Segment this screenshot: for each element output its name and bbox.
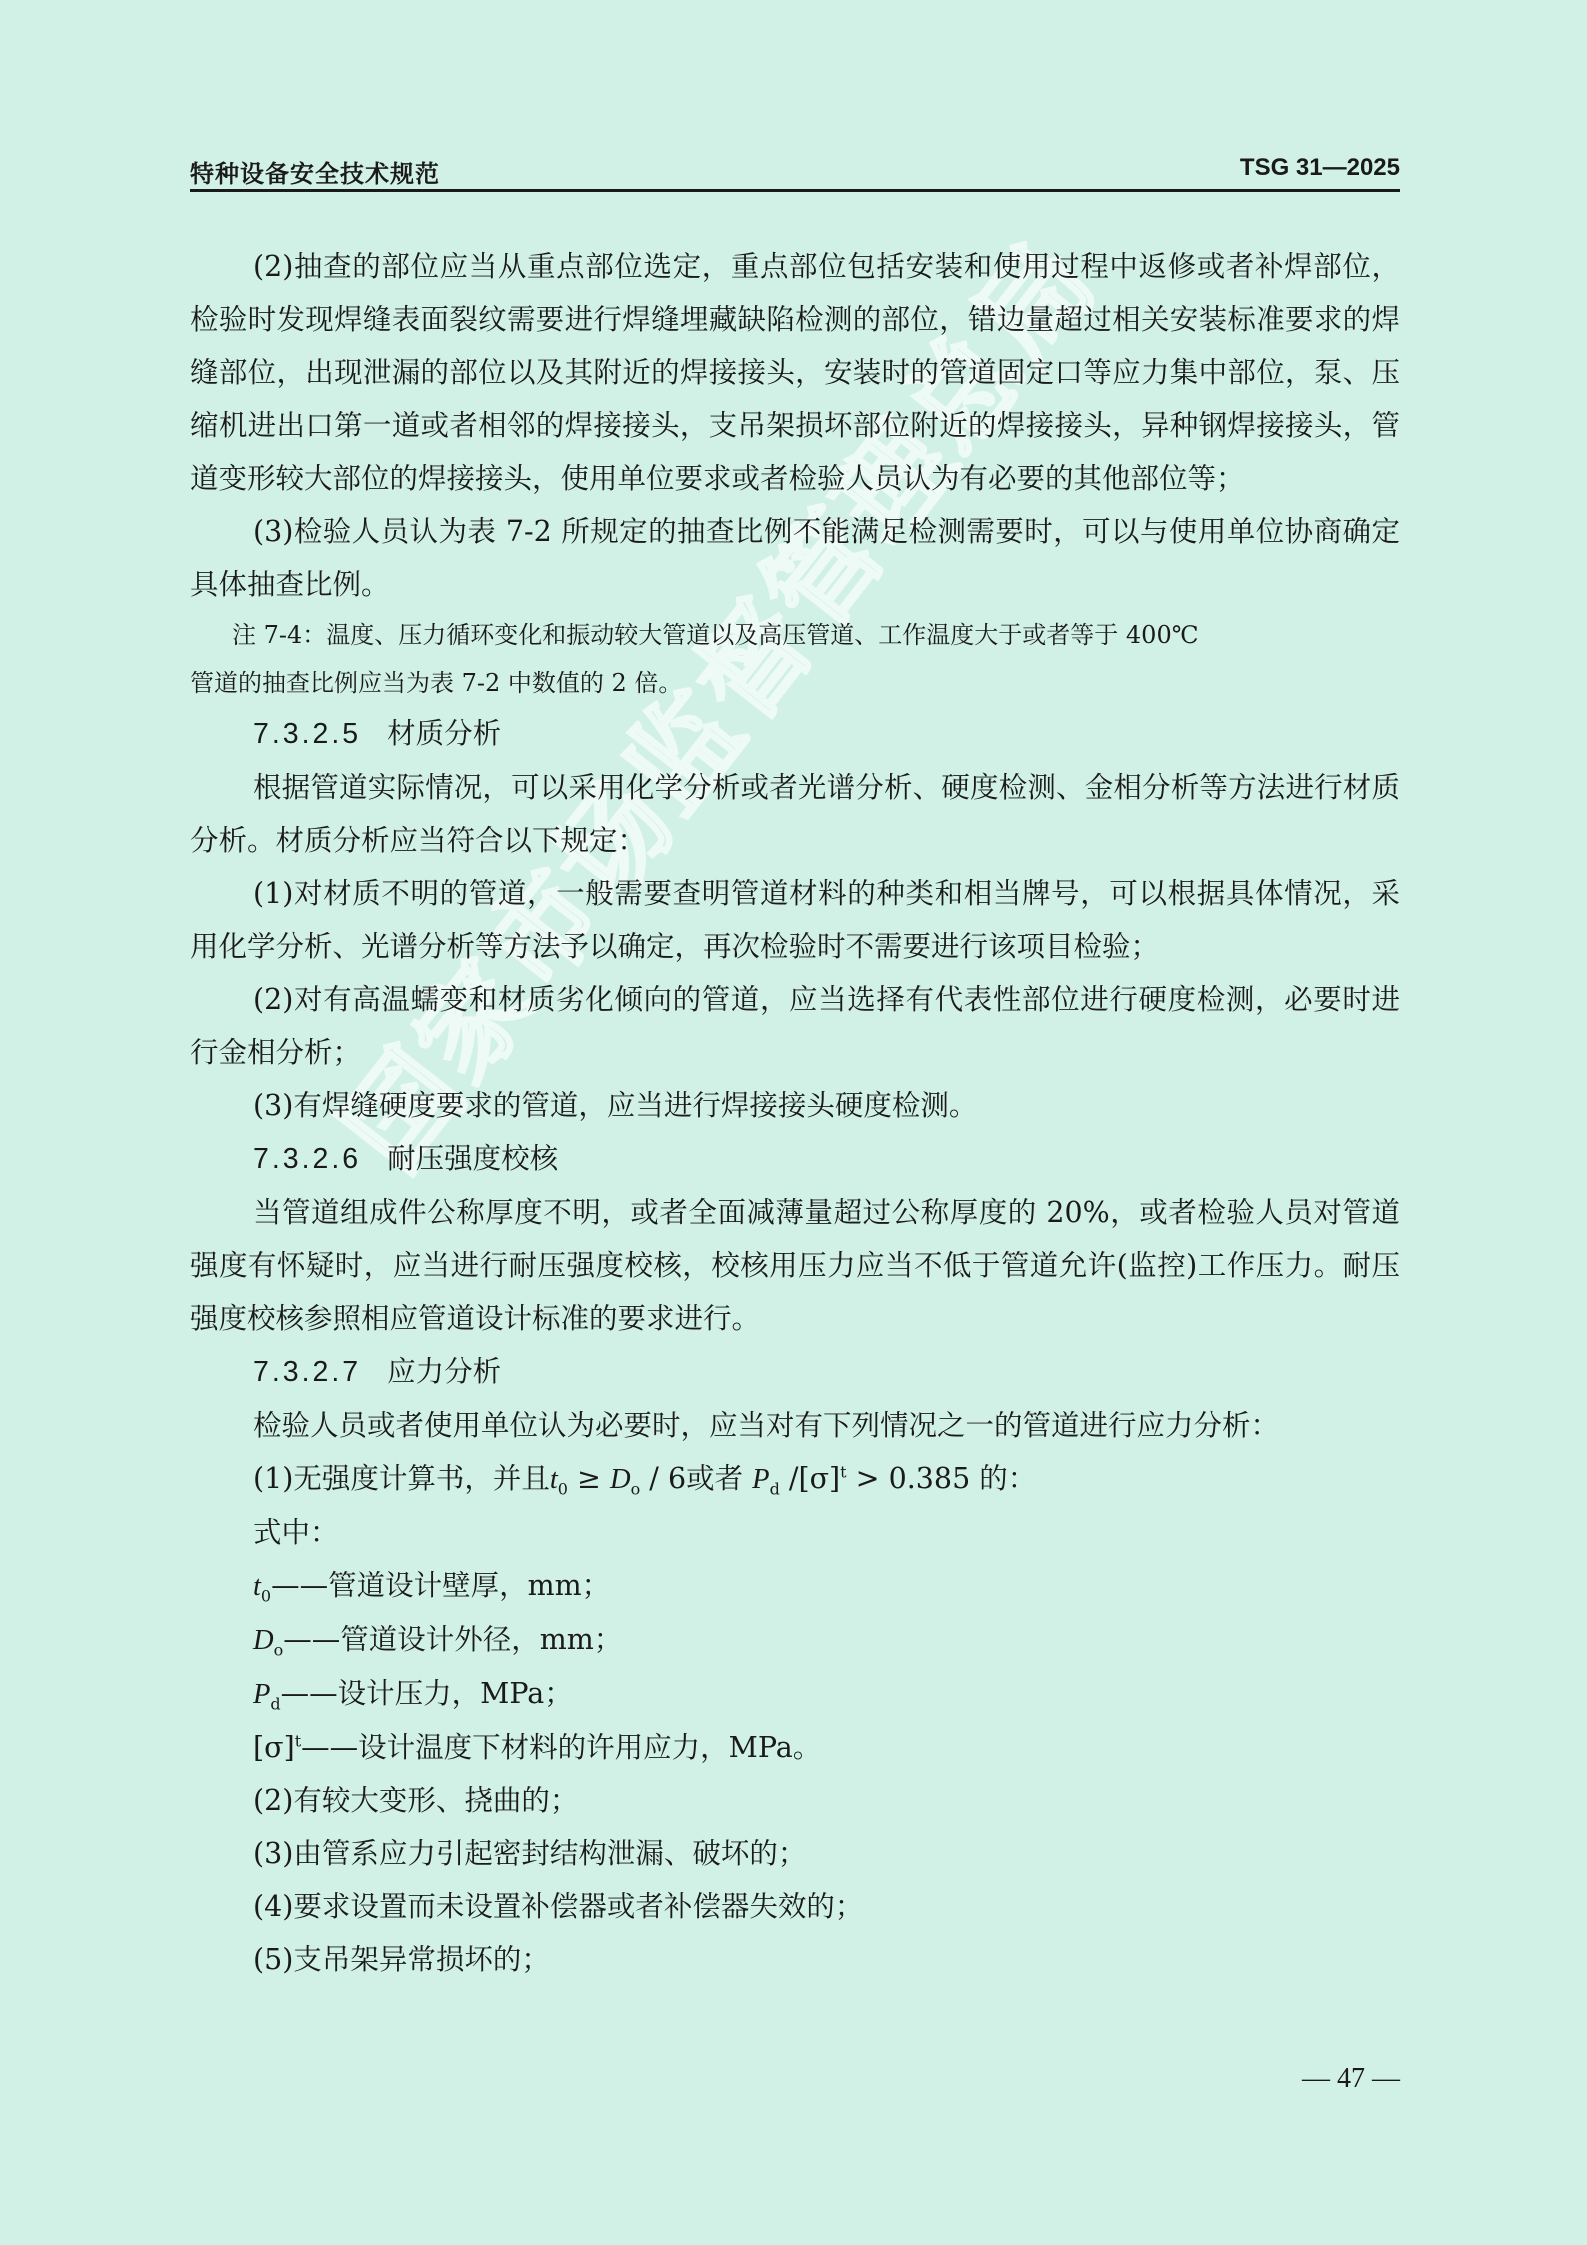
definition-Pd: Pd——设计压力，MPa； — [190, 1667, 1400, 1721]
section-number: 7.3.2.6 — [253, 1143, 361, 1175]
definition-text: ——管道设计壁厚，mm； — [271, 1569, 610, 1602]
header-divider — [190, 189, 1400, 192]
paragraph-7327-intro: 检验人员或者使用单位认为必要时，应当对有下列情况之一的管道进行应力分析： — [190, 1399, 1400, 1452]
subscript: 0 — [261, 1587, 271, 1606]
condition-5: (5)支吊架异常损坏的； — [190, 1933, 1400, 1986]
section-number: 7.3.2.5 — [253, 718, 361, 750]
note-7-4: 注 7-4：温度、压力循环变化和振动较大管道以及高压管道、工作温度大于或者等于 … — [190, 611, 1400, 659]
symbol-sigma: /[σ] — [780, 1462, 840, 1495]
definition-text: ——设计压力，MPa； — [281, 1677, 573, 1710]
definition-Do: Do——管道设计外径，mm； — [190, 1613, 1400, 1667]
section-title: 应力分析 — [387, 1355, 501, 1388]
symbol-D: D — [610, 1464, 631, 1495]
symbol-P: P — [752, 1464, 769, 1495]
section-heading-7325: 7.3.2.5材质分析 — [190, 707, 1400, 761]
symbol: t — [253, 1571, 261, 1602]
note-7-4-continued: 管道的抽查比例应当为表 7-2 中数值的 2 倍。 — [190, 659, 1400, 707]
page-content: (2)抽查的部位应当从重点部位选定，重点部位包括安装和使用过程中返修或者补焊部位… — [190, 240, 1400, 1986]
section-heading-7327: 7.3.2.7应力分析 — [190, 1345, 1400, 1399]
definition-text: ——设计温度下材料的许用应力，MPa。 — [301, 1731, 821, 1764]
section-title: 材质分析 — [387, 717, 501, 750]
condition-tail: > 0.385 的： — [847, 1462, 1037, 1495]
operator: ≥ — [568, 1462, 610, 1495]
section-number: 7.3.2.7 — [253, 1356, 361, 1388]
header-code: TSG 31—2025 — [1240, 154, 1400, 182]
section-heading-7326: 7.3.2.6耐压强度校核 — [190, 1132, 1400, 1186]
symbol-t: t — [550, 1464, 558, 1495]
header-title: 特种设备安全技术规范 — [190, 154, 440, 189]
symbol: D — [253, 1625, 274, 1656]
page-header: 特种设备安全技术规范 TSG 31—2025 — [190, 150, 1400, 190]
where-label: 式中： — [190, 1506, 1400, 1559]
subscript: d — [270, 1695, 280, 1714]
operator: / 6或者 — [640, 1462, 752, 1495]
definition-sigma: [σ]t——设计温度下材料的许用应力，MPa。 — [190, 1721, 1400, 1774]
subscript: d — [770, 1480, 780, 1499]
section-title: 耐压强度校核 — [387, 1142, 558, 1175]
paragraph-7325-intro: 根据管道实际情况，可以采用化学分析或者光谱分析、硬度检测、金相分析等方法进行材质… — [190, 761, 1400, 867]
paragraph-7325-3: (3)有焊缝硬度要求的管道，应当进行焊接接头硬度检测。 — [190, 1079, 1400, 1132]
subscript: o — [274, 1641, 284, 1660]
subscript: 0 — [558, 1480, 568, 1499]
definition-text: ——管道设计外径，mm； — [283, 1623, 622, 1656]
paragraph-7325-1: (1)对材质不明的管道，一般需要查明管道材料的种类和相当牌号，可以根据具体情况，… — [190, 867, 1400, 973]
symbol: [σ] — [253, 1731, 295, 1764]
paragraph-item-2: (2)抽查的部位应当从重点部位选定，重点部位包括安装和使用过程中返修或者补焊部位… — [190, 240, 1400, 505]
page-number: — 47 — — [1302, 2063, 1400, 2095]
symbol: P — [253, 1679, 270, 1710]
subscript: o — [631, 1480, 641, 1499]
condition-2: (2)有较大变形、挠曲的； — [190, 1774, 1400, 1827]
condition-text: (1)无强度计算书，并且 — [253, 1462, 550, 1495]
definition-t0: t0——管道设计壁厚，mm； — [190, 1559, 1400, 1613]
paragraph-item-3: (3)检验人员认为表 7-2 所规定的抽查比例不能满足检测需要时，可以与使用单位… — [190, 505, 1400, 611]
condition-3: (3)由管系应力引起密封结构泄漏、破坏的； — [190, 1827, 1400, 1880]
condition-1-formula: (1)无强度计算书，并且t0 ≥ Do / 6或者 Pd /[σ]t > 0.3… — [190, 1452, 1400, 1506]
paragraph-7326: 当管道组成件公称厚度不明，或者全面减薄量超过公称厚度的 20%，或者检验人员对管… — [190, 1186, 1400, 1345]
condition-4: (4)要求设置而未设置补偿器或者补偿器失效的； — [190, 1880, 1400, 1933]
paragraph-7325-2: (2)对有高温蠕变和材质劣化倾向的管道，应当选择有代表性部位进行硬度检测，必要时… — [190, 973, 1400, 1079]
